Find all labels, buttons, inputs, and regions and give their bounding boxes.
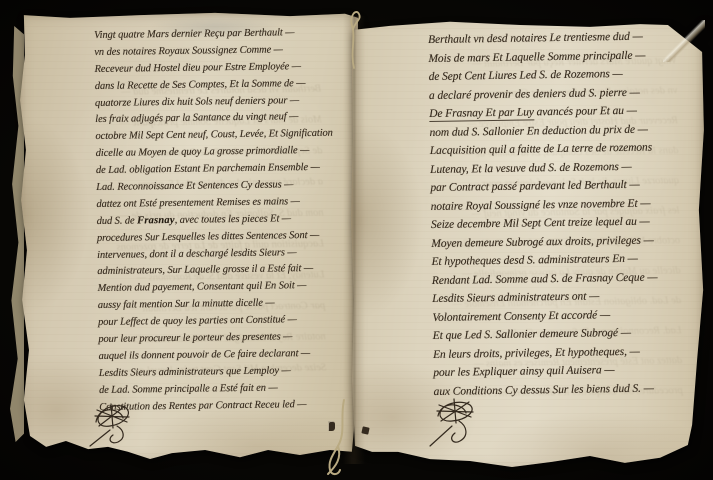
left-page-text: Vingt quatre Mars dernier Reçu par Berth… <box>94 26 357 418</box>
line-text: dud S. de <box>97 215 138 227</box>
manuscript-line: Constitution des Rentes par Contract Rec… <box>99 398 357 418</box>
rewritten-name: Frasnay <box>137 215 175 227</box>
line-text: avancés pour Et au — <box>534 105 637 119</box>
line-text: , avec toutes les pieces Et — <box>175 213 292 226</box>
right-page-text: Berthault vn desd notaires Le trentiesme… <box>428 30 708 404</box>
underlined-name: De Frasnay Et par Luy <box>429 106 534 122</box>
manuscript-scan: Berthault vn desd notaires Le trentiesme… <box>0 0 713 480</box>
